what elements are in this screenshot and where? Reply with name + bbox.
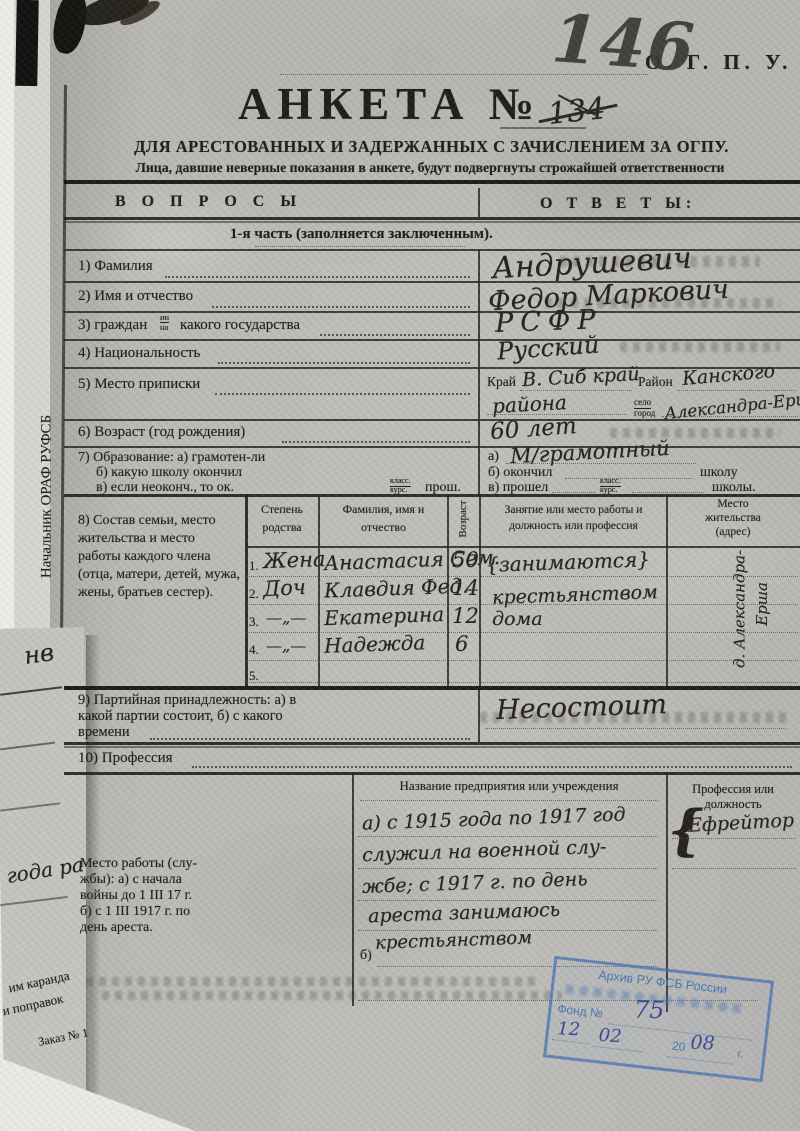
member-age: 50 bbox=[452, 548, 479, 572]
bleed-through bbox=[86, 977, 536, 986]
row-rule bbox=[64, 311, 800, 313]
col-age: Возраст bbox=[457, 489, 469, 549]
form-subtitle: ДЛЯ АРЕСТОВАННЫХ И ЗАДЕРЖАННЫХ С ЗАЧИСЛЕ… bbox=[68, 137, 795, 157]
member-row-number: 3. bbox=[249, 614, 259, 630]
questions-column-header: В О П Р О С Ы bbox=[115, 193, 302, 211]
q4-label: 4) Национальность bbox=[78, 345, 200, 362]
member-age: 14 bbox=[452, 576, 479, 600]
q9-label-2: какой партии состоит, б) с какого bbox=[78, 708, 283, 725]
row-rule bbox=[64, 419, 800, 421]
leader-dots bbox=[218, 362, 470, 364]
stamp-day: 12 bbox=[557, 1018, 581, 1040]
q9-label-1: 9) Партийная принадлежность: а) в bbox=[78, 692, 296, 709]
occupation-note-3: дома bbox=[492, 608, 543, 630]
part1-header: 1-я часть (заполняется заключенным). bbox=[230, 226, 493, 243]
q6-label: 6) Возраст (год рождения) bbox=[78, 424, 245, 441]
member-name: Екатерина bbox=[324, 602, 445, 630]
q9-answer-handwriting: Несостоит bbox=[496, 689, 668, 726]
subtable-header-line bbox=[360, 800, 658, 801]
bleed-through bbox=[610, 428, 780, 438]
margin-official-note: Начальник ОРАФ РУФСБ bbox=[39, 347, 56, 647]
part1-underline bbox=[255, 246, 465, 247]
answer-line bbox=[672, 868, 796, 869]
q2-label: 2) Имя и отчество bbox=[78, 288, 193, 305]
stamp-century: 20 bbox=[671, 1039, 686, 1054]
col-residence-1: Место bbox=[668, 498, 798, 510]
answer-line bbox=[632, 492, 704, 493]
q5-krai-label: Край bbox=[487, 374, 516, 390]
residence-note-1: д. Александра- bbox=[731, 542, 749, 677]
col-occupation-2: должность или профессия bbox=[481, 520, 666, 532]
col-residence-3: (адрес) bbox=[668, 526, 798, 538]
q9-label-3: времени bbox=[78, 724, 130, 741]
scanned-document: нв года ра им каранда и поправок Заказ №… bbox=[0, 0, 800, 1131]
stamp-year-suffix: г. bbox=[737, 1048, 744, 1061]
q11-label-line: жбы): а) с начала bbox=[80, 872, 182, 888]
col-name-1: Фамилия, имя и bbox=[320, 502, 447, 517]
bleed-through bbox=[620, 342, 780, 352]
scan-edge-mark bbox=[15, 0, 38, 86]
table-header-rule bbox=[245, 546, 800, 548]
row-rule-thin bbox=[64, 746, 800, 748]
q8-label: 8) Состав семьи, место жительства и мест… bbox=[78, 512, 240, 602]
table-row-line bbox=[246, 660, 798, 661]
residence-note-2: Ерша bbox=[753, 564, 771, 644]
col-degree-2: родства bbox=[247, 520, 317, 535]
answer-line bbox=[486, 728, 786, 729]
col-enterprise: Название предприятия или учреждения bbox=[356, 778, 662, 794]
table-bottom-rule bbox=[64, 686, 800, 690]
warning-line: Лица, давшие неверные показания в анкете… bbox=[60, 160, 800, 176]
member-degree: Жена bbox=[263, 547, 326, 573]
q7-label-b: б) какую школу окончил bbox=[96, 465, 242, 481]
member-row-number: 2. bbox=[249, 586, 259, 602]
stamp-fond-value: 75 bbox=[634, 995, 665, 1024]
q11-label-line: б) с 1 III 1917 г. по bbox=[80, 904, 190, 920]
stamp-fond-line bbox=[608, 1023, 752, 1040]
column-divider bbox=[478, 250, 480, 494]
row-rule bbox=[64, 742, 800, 745]
answer-line bbox=[358, 868, 658, 869]
q5-label: 5) Место приписки bbox=[78, 376, 200, 393]
column-divider bbox=[478, 690, 480, 742]
member-age: 12 bbox=[452, 604, 479, 628]
col-degree-1: Степень bbox=[247, 502, 317, 517]
answer-line bbox=[662, 416, 798, 417]
q5-gorod-label: город bbox=[634, 409, 655, 419]
leader-dots bbox=[282, 441, 470, 443]
thick-rule bbox=[64, 180, 800, 184]
col-occupation-1: Занятие или место работы и bbox=[481, 504, 666, 516]
member-degree: —„— bbox=[266, 636, 306, 655]
answer-line bbox=[358, 836, 658, 837]
member-row-number: 1. bbox=[249, 558, 259, 574]
table-row-line bbox=[246, 576, 798, 577]
answer-line bbox=[678, 390, 796, 391]
penciled-case-number: 146 bbox=[549, 0, 698, 87]
q3-label-pre: 3) граждан bbox=[78, 317, 147, 334]
leader-dots bbox=[212, 306, 470, 308]
q5-raion-label: Район bbox=[638, 374, 673, 390]
form-title: АНКЕТА № bbox=[238, 78, 541, 130]
answer-line bbox=[565, 478, 693, 479]
leader-dots bbox=[320, 334, 470, 336]
bleed-through bbox=[102, 991, 562, 1000]
answers-column-header: О Т В Е Т Ы: bbox=[540, 195, 696, 213]
member-row-number: 4. bbox=[249, 642, 259, 658]
q7-ans-b-mark: б) окончил bbox=[488, 465, 552, 481]
q11-label-line: Место работы (слу- bbox=[80, 856, 197, 872]
leader-dots bbox=[215, 393, 470, 395]
q11-b-mark: б) bbox=[360, 948, 372, 964]
member-name: Клавдия Фед. bbox=[324, 573, 469, 602]
answer-line bbox=[552, 492, 596, 493]
q11-label-line: день ареста. bbox=[80, 920, 153, 936]
q7-label-a: 7) Образование: а) грамотен-ли bbox=[78, 450, 265, 466]
row-rule bbox=[64, 339, 800, 341]
leader-dots bbox=[165, 276, 470, 278]
subtable-vline bbox=[352, 772, 354, 1006]
stamp-month: 02 bbox=[598, 1025, 622, 1047]
table-row-line bbox=[246, 682, 798, 683]
q1-label: 1) Фамилия bbox=[78, 258, 153, 275]
col-residence-2: жительства bbox=[668, 512, 798, 524]
member-age: 6 bbox=[455, 632, 468, 656]
answer-line bbox=[506, 463, 696, 464]
row-rule bbox=[64, 772, 800, 775]
leader-dots bbox=[150, 738, 470, 740]
stamp-line bbox=[667, 1056, 733, 1064]
leader-dots bbox=[192, 766, 792, 768]
member-name: Надежда bbox=[324, 630, 426, 658]
q10-label: 10) Профессия bbox=[78, 750, 173, 767]
q3-label-post: какого государства bbox=[180, 317, 300, 334]
col-name-2: отчество bbox=[320, 520, 447, 535]
double-rule-thin bbox=[64, 221, 800, 223]
row-rule bbox=[64, 446, 800, 448]
member-degree: —„— bbox=[266, 608, 306, 627]
answer-line bbox=[672, 838, 796, 839]
q7-ans-a-mark: а) bbox=[488, 449, 499, 465]
member-degree: Доч bbox=[262, 575, 306, 601]
q3-sub: на bbox=[160, 323, 168, 332]
stamp-year: 08 bbox=[690, 1032, 715, 1055]
q11-label-line: войны до 1 III 17 г. bbox=[80, 888, 192, 904]
column-divider bbox=[478, 188, 480, 218]
double-rule bbox=[64, 217, 800, 220]
q7-ans-b-end: школу bbox=[700, 465, 738, 481]
table-top-rule bbox=[64, 494, 800, 497]
